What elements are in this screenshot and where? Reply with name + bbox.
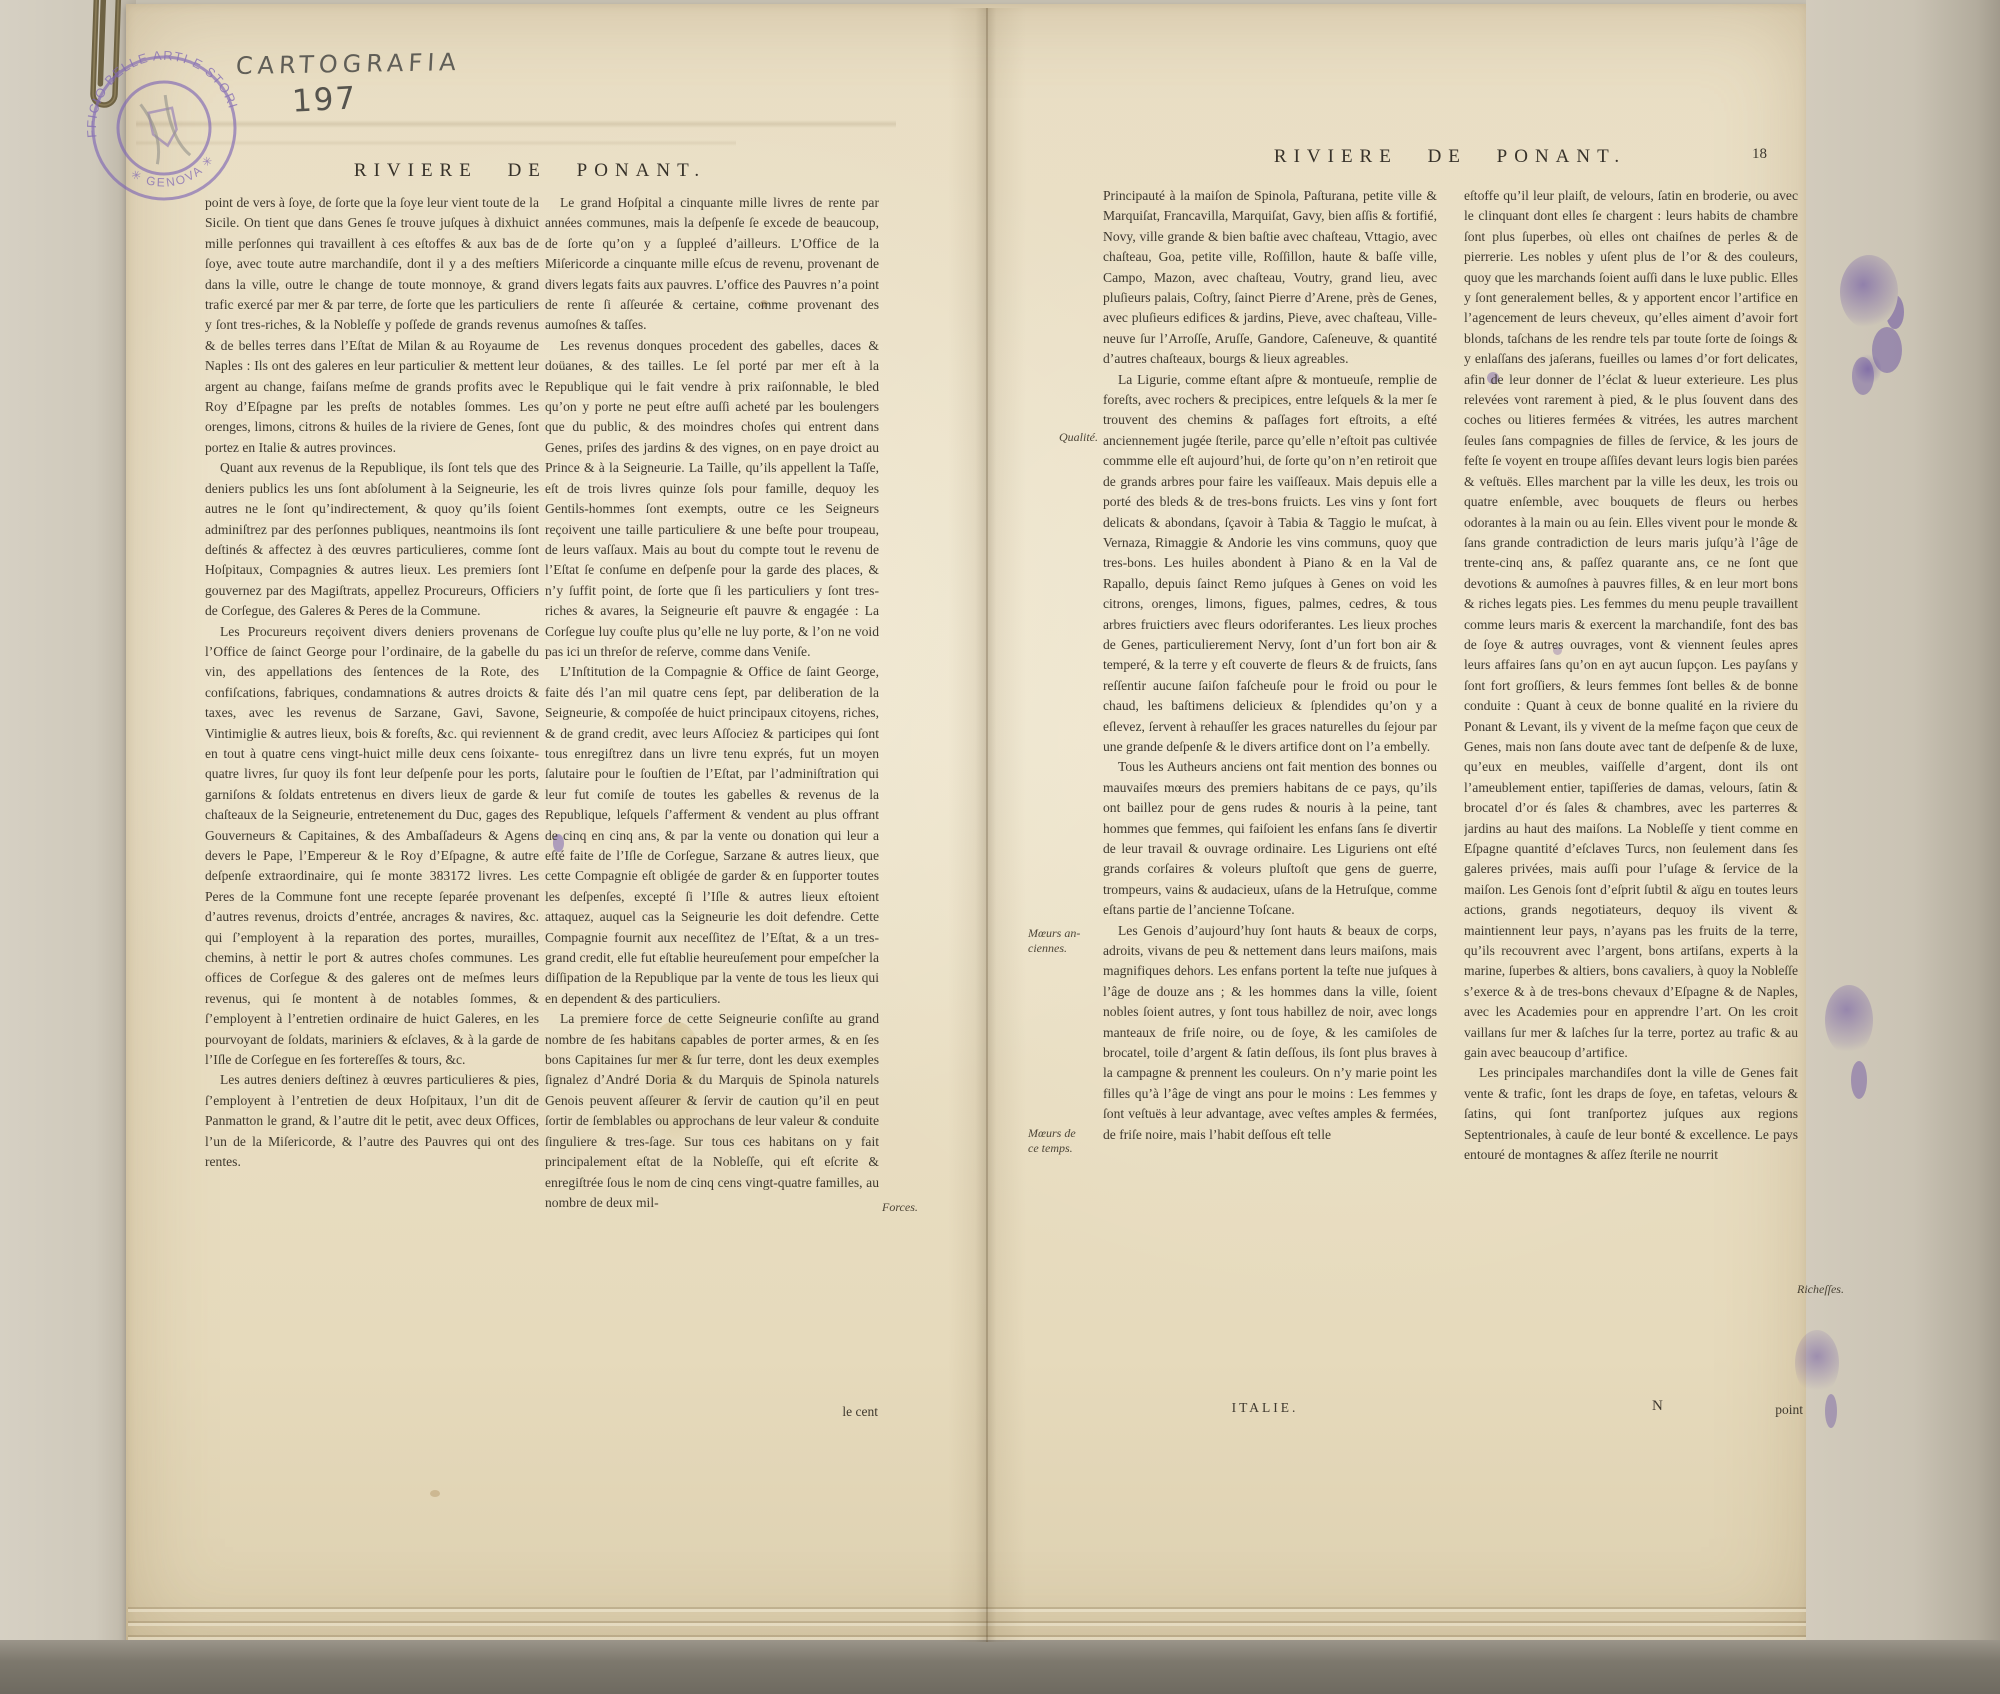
body-paragraph: Les Genois d’aujourd’huy ſont hauts & be… [1103,921,1437,1145]
margin-note-line: Mœurs an- [1028,926,1116,941]
margin-note-line: ce temps. [1028,1141,1116,1156]
catchword-left: le cent [778,1404,878,1420]
body-paragraph: point de vers à ſoye, de ſorte que la ſo… [205,193,539,458]
book-fore-edge [1806,0,2000,1694]
margin-note-line: Mœurs de [1028,1126,1116,1141]
body-paragraph: eſtoffe qu’il leur plaiſt, de velours, ſ… [1464,186,1798,1063]
scanned-book-spread: UFFICIO BELLE ARTI E STORIA ✳ GENOVA ✳ C… [0,0,2000,1694]
folio-number: 18 [1752,146,1767,163]
body-paragraph: La Ligurie, comme eſtant aſpre & montueu… [1103,370,1437,758]
ink-stain [1825,985,1873,1055]
fold-crease-line [986,8,988,1642]
text-column-4: eſtoffe qu’il leur plaiſt, de velours, ſ… [1464,186,1798,1421]
pencil-scribble [140,93,191,165]
ink-stain [1840,255,1898,329]
ink-stain [1795,1330,1839,1396]
pencil-annotation-word: CARTOGRAFIA [235,48,461,80]
margin-note-line: ciennes. [1028,941,1116,956]
body-paragraph: Les autres deniers deſtinez à œuvres par… [205,1070,539,1172]
body-paragraph: Tous les Autheurs anciens ont fait menti… [1103,757,1437,920]
catchword-right: point [1728,1402,1803,1418]
scanner-left-edge [0,0,136,1694]
body-paragraph: L’Inſtitution de la Compagnie & Office d… [545,662,879,1009]
text-column-1: point de vers à ſoye, de ſorte que la ſo… [205,193,539,1428]
margin-note-forces: Forces. [882,1200,918,1215]
body-paragraph: Principauté à la maiſon de Spinola, Paſt… [1103,186,1437,370]
text-column-3: Principauté à la maiſon de Spinola, Paſt… [1103,186,1437,1421]
text-column-2: Le grand Hoſpital a cinquante mille livr… [545,193,879,1428]
margin-note-richesses: Richeſſes. [1797,1282,1844,1297]
margin-note-moeurs-anciennes: Mœurs an- ciennes. [1028,926,1116,955]
margin-note-moeurs-ce-temps: Mœurs de ce temps. [1028,1126,1116,1155]
running-header-left: RIVIERE DE PONANT. [200,160,860,182]
margin-note-qualite: Qualité. [1018,430,1098,445]
body-paragraph: Les principales marchandiſes dont la vil… [1464,1063,1798,1165]
foxing-spot [430,1490,440,1497]
paper-crease [136,120,896,128]
signature-letter: N [1652,1398,1663,1415]
body-paragraph: La premiere force de cette Seigneurie co… [545,1009,879,1213]
body-paragraph: Le grand Hoſpital a cinquante mille livr… [545,193,879,336]
body-paragraph: Les Procureurs reçoivent divers deniers … [205,622,539,1071]
signature-title: ITALIE. [1165,1400,1365,1416]
body-paragraph: Les revenus donques procedent des gabell… [545,336,879,663]
body-paragraph: Quant aux revenus de la Republique, ils … [205,458,539,621]
ink-stain [1855,352,1881,386]
running-header-right: RIVIERE DE PONANT. [1100,146,1800,168]
scan-bottom-shadow [0,1640,2000,1694]
pencil-annotation-number: 197 [291,80,358,119]
